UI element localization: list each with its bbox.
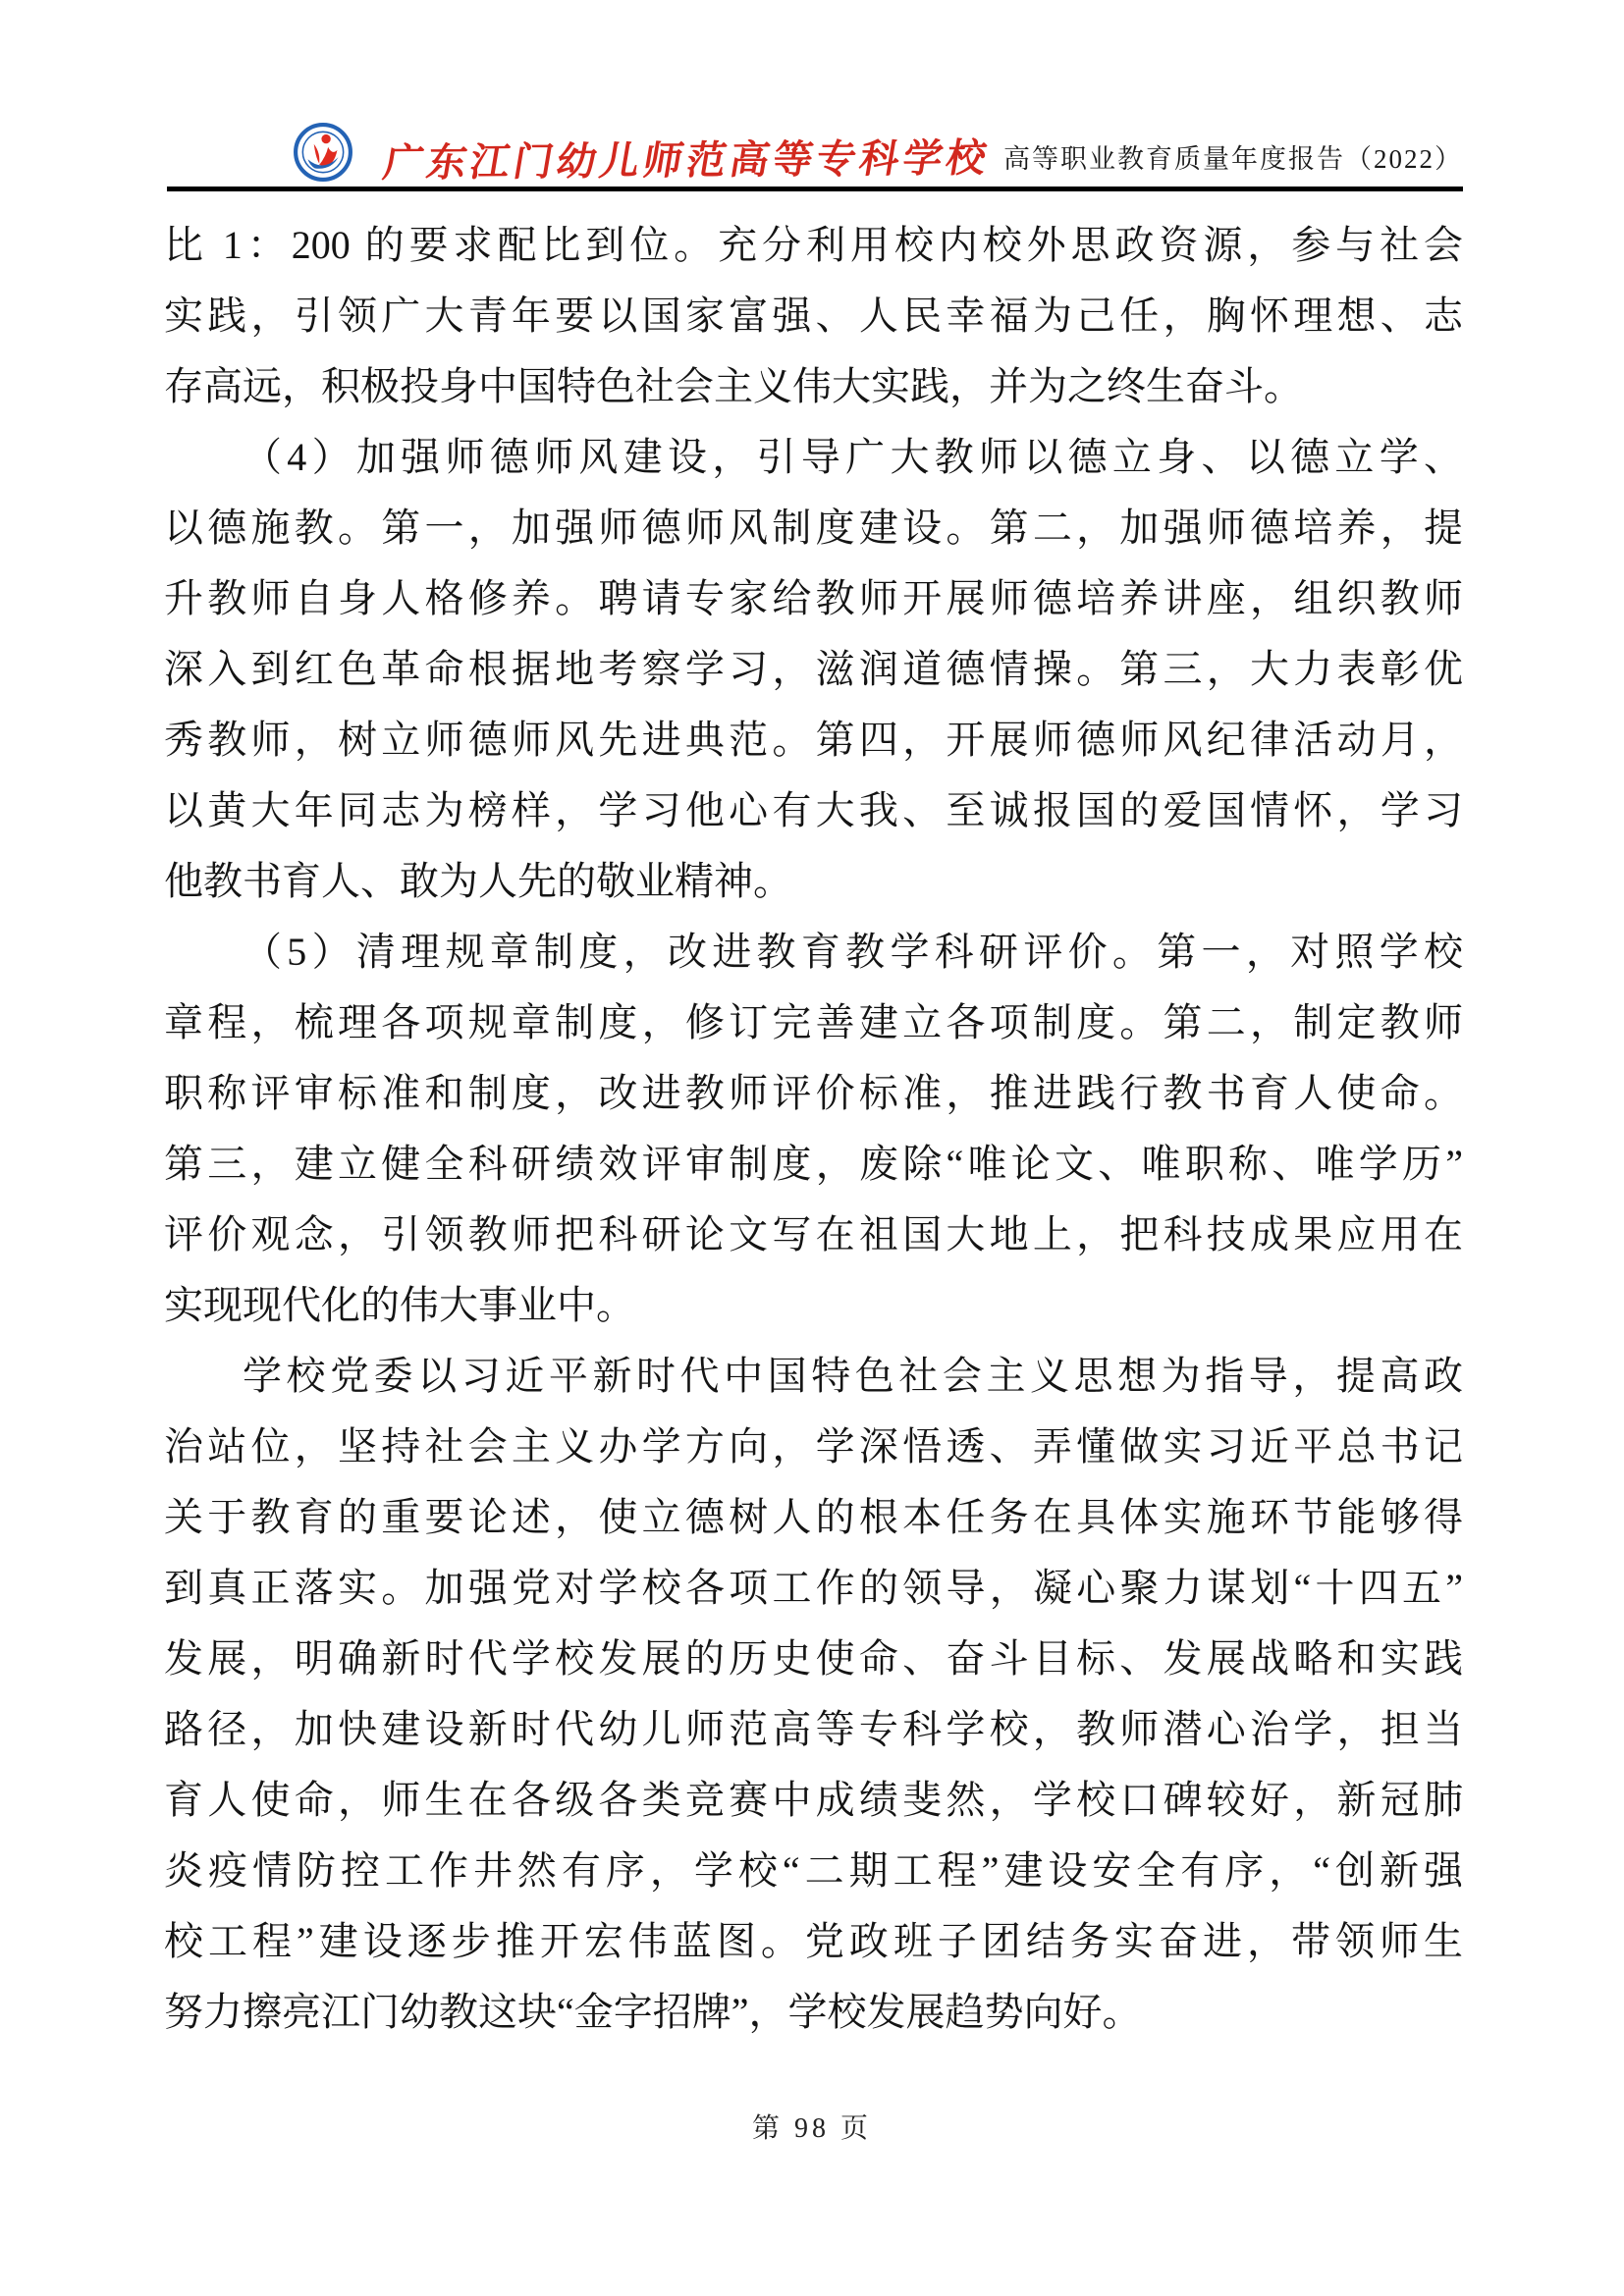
body-line: 存高远，积极投身中国特色社会主义伟大实践，并为之终生奋斗。 [164, 351, 1463, 422]
body-line: 育人使命，师生在各级各类竞赛中成绩斐然，学校口碑较好，新冠肺 [164, 1765, 1463, 1836]
body-line: 职称评审标准和制度，改进教师评价标准，推进践行教书育人使命。 [164, 1058, 1463, 1129]
body-line: 深入到红色革命根据地考察学习，滋润道德情操。第三，大力表彰优 [164, 634, 1463, 705]
body-line: 炎疫情防控工作井然有序，学校“二期工程”建设安全有序，“创新强 [164, 1836, 1463, 1906]
body-line: 到真正落实。加强党对学校各项工作的领导，凝心聚力谋划“十四五” [164, 1553, 1463, 1624]
document-page: 广东江门幼儿师范高等专科学校 高等职业教育质量年度报告（2022） 比 1：20… [0, 0, 1624, 2296]
document-body: 比 1：200 的要求配比到位。充分利用校内校外思政资源，参与社会实践，引领广大… [164, 210, 1463, 2048]
school-logo-icon [293, 122, 353, 183]
header-divider [167, 187, 1463, 191]
body-line: 以黄大年同志为榜样，学习他心有大我、至诚报国的爱国情怀，学习 [164, 775, 1463, 846]
body-line: 学校党委以习近平新时代中国特色社会主义思想为指导，提高政 [164, 1341, 1463, 1412]
body-line: 实践，引领广大青年要以国家富强、人民幸福为己任，胸怀理想、志 [164, 281, 1463, 351]
body-line: 实现现代化的伟大事业中。 [164, 1270, 1463, 1341]
body-line: 努力擦亮江门幼教这块“金字招牌”，学校发展趋势向好。 [164, 1977, 1463, 2048]
body-line: 章程，梳理各项规章制度，修订完善建立各项制度。第二，制定教师 [164, 988, 1463, 1058]
body-line: 关于教育的重要论述，使立德树人的根本任务在具体实施环节能够得 [164, 1482, 1463, 1553]
body-line: 比 1：200 的要求配比到位。充分利用校内校外思政资源，参与社会 [164, 210, 1463, 281]
page-number: 第 98 页 [0, 2107, 1624, 2146]
body-line: 他教书育人、敢为人先的敬业精神。 [164, 846, 1463, 917]
body-line: （5）清理规章制度，改进教育教学科研评价。第一，对照学校 [164, 917, 1463, 988]
body-line: 评价观念，引领教师把科研论文写在祖国大地上，把科技成果应用在 [164, 1200, 1463, 1270]
report-title: 高等职业教育质量年度报告（2022） [1003, 137, 1463, 176]
body-line: （4）加强师德师风建设，引导广大教师以德立身、以德立学、 [164, 422, 1463, 493]
body-line: 校工程”建设逐步推开宏伟蓝图。党政班子团结务实奋进，带领师生 [164, 1906, 1463, 1977]
body-line: 治站位，坚持社会主义办学方向，学深悟透、弄懂做实习近平总书记 [164, 1412, 1463, 1482]
body-line: 以德施教。第一，加强师德师风制度建设。第二，加强师德培养，提 [164, 493, 1463, 563]
body-line: 升教师自身人格修养。聘请专家给教师开展师德培养讲座，组织教师 [164, 563, 1463, 634]
body-line: 第三，建立健全科研绩效评审制度，废除“唯论文、唯职称、唯学历” [164, 1129, 1463, 1200]
body-line: 秀教师，树立师德师风先进典范。第四，开展师德师风纪律活动月， [164, 705, 1463, 775]
body-line: 路径，加快建设新时代幼儿师范高等专科学校，教师潜心治学，担当 [164, 1694, 1463, 1765]
body-line: 发展，明确新时代学校发展的历史使命、奋斗目标、发展战略和实践 [164, 1624, 1463, 1694]
school-name-calligraphy: 广东江门幼儿师范高等专科学校 [380, 127, 995, 187]
